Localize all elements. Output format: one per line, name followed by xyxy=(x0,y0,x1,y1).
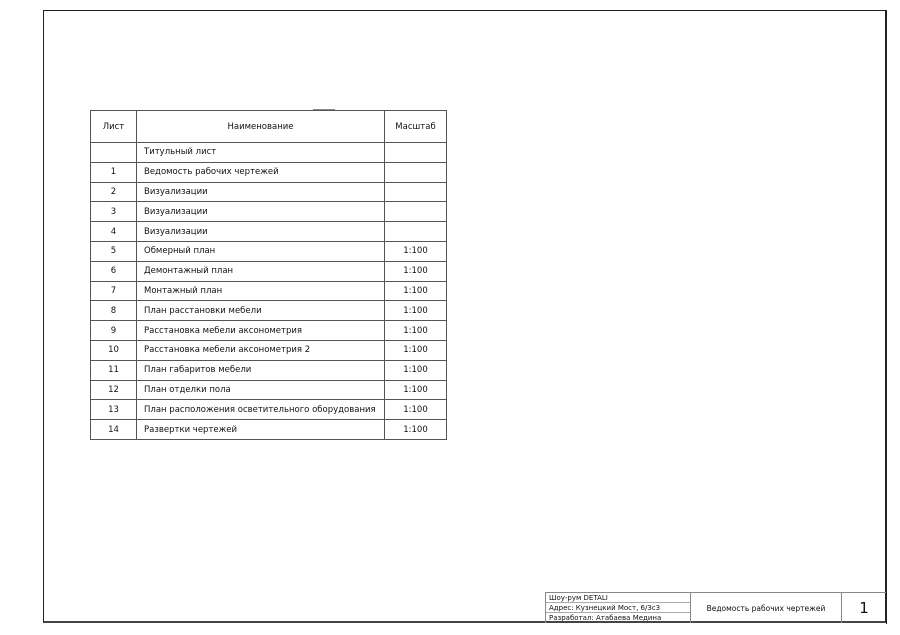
sheet-name-cell: Демонтажный план xyxy=(137,261,385,281)
table-row: 7Монтажный план1:100 xyxy=(91,281,447,301)
table-header-row: Лист Наименование Масштаб xyxy=(91,111,447,143)
sheet-name-cell: Расстановка мебели аксонометрия 2 xyxy=(137,340,385,360)
table-row: 6Демонтажный план1:100 xyxy=(91,261,447,281)
sheet-number-cell: 11 xyxy=(91,360,137,380)
sheet-number-cell: 12 xyxy=(91,380,137,400)
sheet-name-cell: Монтажный план xyxy=(137,281,385,301)
table-row: 8План расстановки мебели1:100 xyxy=(91,301,447,321)
sheet-scale-cell: 1:100 xyxy=(385,420,447,440)
sheet-title: Ведомость рабочих чертежей xyxy=(691,593,842,623)
sheet-scale-cell: 1:100 xyxy=(385,380,447,400)
sheet-name-cell: Обмерный план xyxy=(137,241,385,261)
table-row: 13План расположения осветительного обору… xyxy=(91,400,447,420)
sheet-scale-cell: 1:100 xyxy=(385,301,447,321)
sheet-number-cell: 2 xyxy=(91,182,137,202)
sheet-number-cell: 4 xyxy=(91,222,137,242)
sheet-scale-cell xyxy=(385,222,447,242)
sheet-name-cell: Ведомость рабочих чертежей xyxy=(137,162,385,182)
sheet-name-cell: План расстановки мебели xyxy=(137,301,385,321)
header-sheet: Лист xyxy=(91,111,137,143)
header-scale: Масштаб xyxy=(385,111,447,143)
table-row: 9Расстановка мебели аксонометрия1:100 xyxy=(91,321,447,341)
sheet-name-cell: Визуализации xyxy=(137,202,385,222)
sheet-name-cell: Визуализации xyxy=(137,182,385,202)
sheet-scale-cell: 1:100 xyxy=(385,340,447,360)
header-name: Наименование xyxy=(137,111,385,143)
sheet-number-cell: 10 xyxy=(91,340,137,360)
table-row: 1Ведомость рабочих чертежей xyxy=(91,162,447,182)
table-row: 10Расстановка мебели аксонометрия 21:100 xyxy=(91,340,447,360)
sheet-name-cell: План отделки пола xyxy=(137,380,385,400)
sheet-name-cell: План расположения осветительного оборудо… xyxy=(137,400,385,420)
sheet-number-cell: 6 xyxy=(91,261,137,281)
project-address: Адрес: Кузнецкий Мост, 6/3с3 xyxy=(546,603,690,613)
sheet-name-cell: Титульный лист xyxy=(137,143,385,163)
sheet-number-cell: 9 xyxy=(91,321,137,341)
sheet-name-cell: План габаритов мебели xyxy=(137,360,385,380)
sheet-scale-cell xyxy=(385,143,447,163)
table-row: 3Визуализации xyxy=(91,202,447,222)
table-row: 12План отделки пола1:100 xyxy=(91,380,447,400)
sheet-number-cell: 13 xyxy=(91,400,137,420)
sheet-scale-cell: 1:100 xyxy=(385,281,447,301)
sheet-number-cell: 3 xyxy=(91,202,137,222)
project-name: Шоу-рум DETALI xyxy=(546,593,690,603)
table-row: 4Визуализации xyxy=(91,222,447,242)
title-block-info: Шоу-рум DETALI Адрес: Кузнецкий Мост, 6/… xyxy=(546,593,691,623)
sheet-scale-cell: 1:100 xyxy=(385,241,447,261)
project-author: Разработал: Атабаева Медина xyxy=(546,613,690,623)
title-block: Шоу-рум DETALI Адрес: Кузнецкий Мост, 6/… xyxy=(545,592,886,623)
sheet-scale-cell: 1:100 xyxy=(385,261,447,281)
sheet-number-cell: 1 xyxy=(91,162,137,182)
sheet-list-table: Лист Наименование Масштаб Титульный лист… xyxy=(90,110,447,440)
sheet-scale-cell: 1:100 xyxy=(385,360,447,380)
sheet-number-cell: 5 xyxy=(91,241,137,261)
sheet-name-cell: Развертки чертежей xyxy=(137,420,385,440)
sheet-number: 1 xyxy=(842,593,886,623)
frame-right-edge xyxy=(886,10,887,624)
sheet-scale-cell xyxy=(385,202,447,222)
sheet-scale-cell xyxy=(385,162,447,182)
table-row: 11План габаритов мебели1:100 xyxy=(91,360,447,380)
table-row: 2Визуализации xyxy=(91,182,447,202)
sheet-number-cell: 7 xyxy=(91,281,137,301)
sheet-scale-cell: 1:100 xyxy=(385,400,447,420)
sheet-name-cell: Расстановка мебели аксонометрия xyxy=(137,321,385,341)
sheet-name-cell: Визуализации xyxy=(137,222,385,242)
sheet-number-cell: 8 xyxy=(91,301,137,321)
table-row: Титульный лист xyxy=(91,143,447,163)
table-row: 14Развертки чертежей1:100 xyxy=(91,420,447,440)
sheet-scale-cell: 1:100 xyxy=(385,321,447,341)
sheet-number-cell: 14 xyxy=(91,420,137,440)
sheet-number-cell xyxy=(91,143,137,163)
table-row: 5Обмерный план1:100 xyxy=(91,241,447,261)
sheet-scale-cell xyxy=(385,182,447,202)
